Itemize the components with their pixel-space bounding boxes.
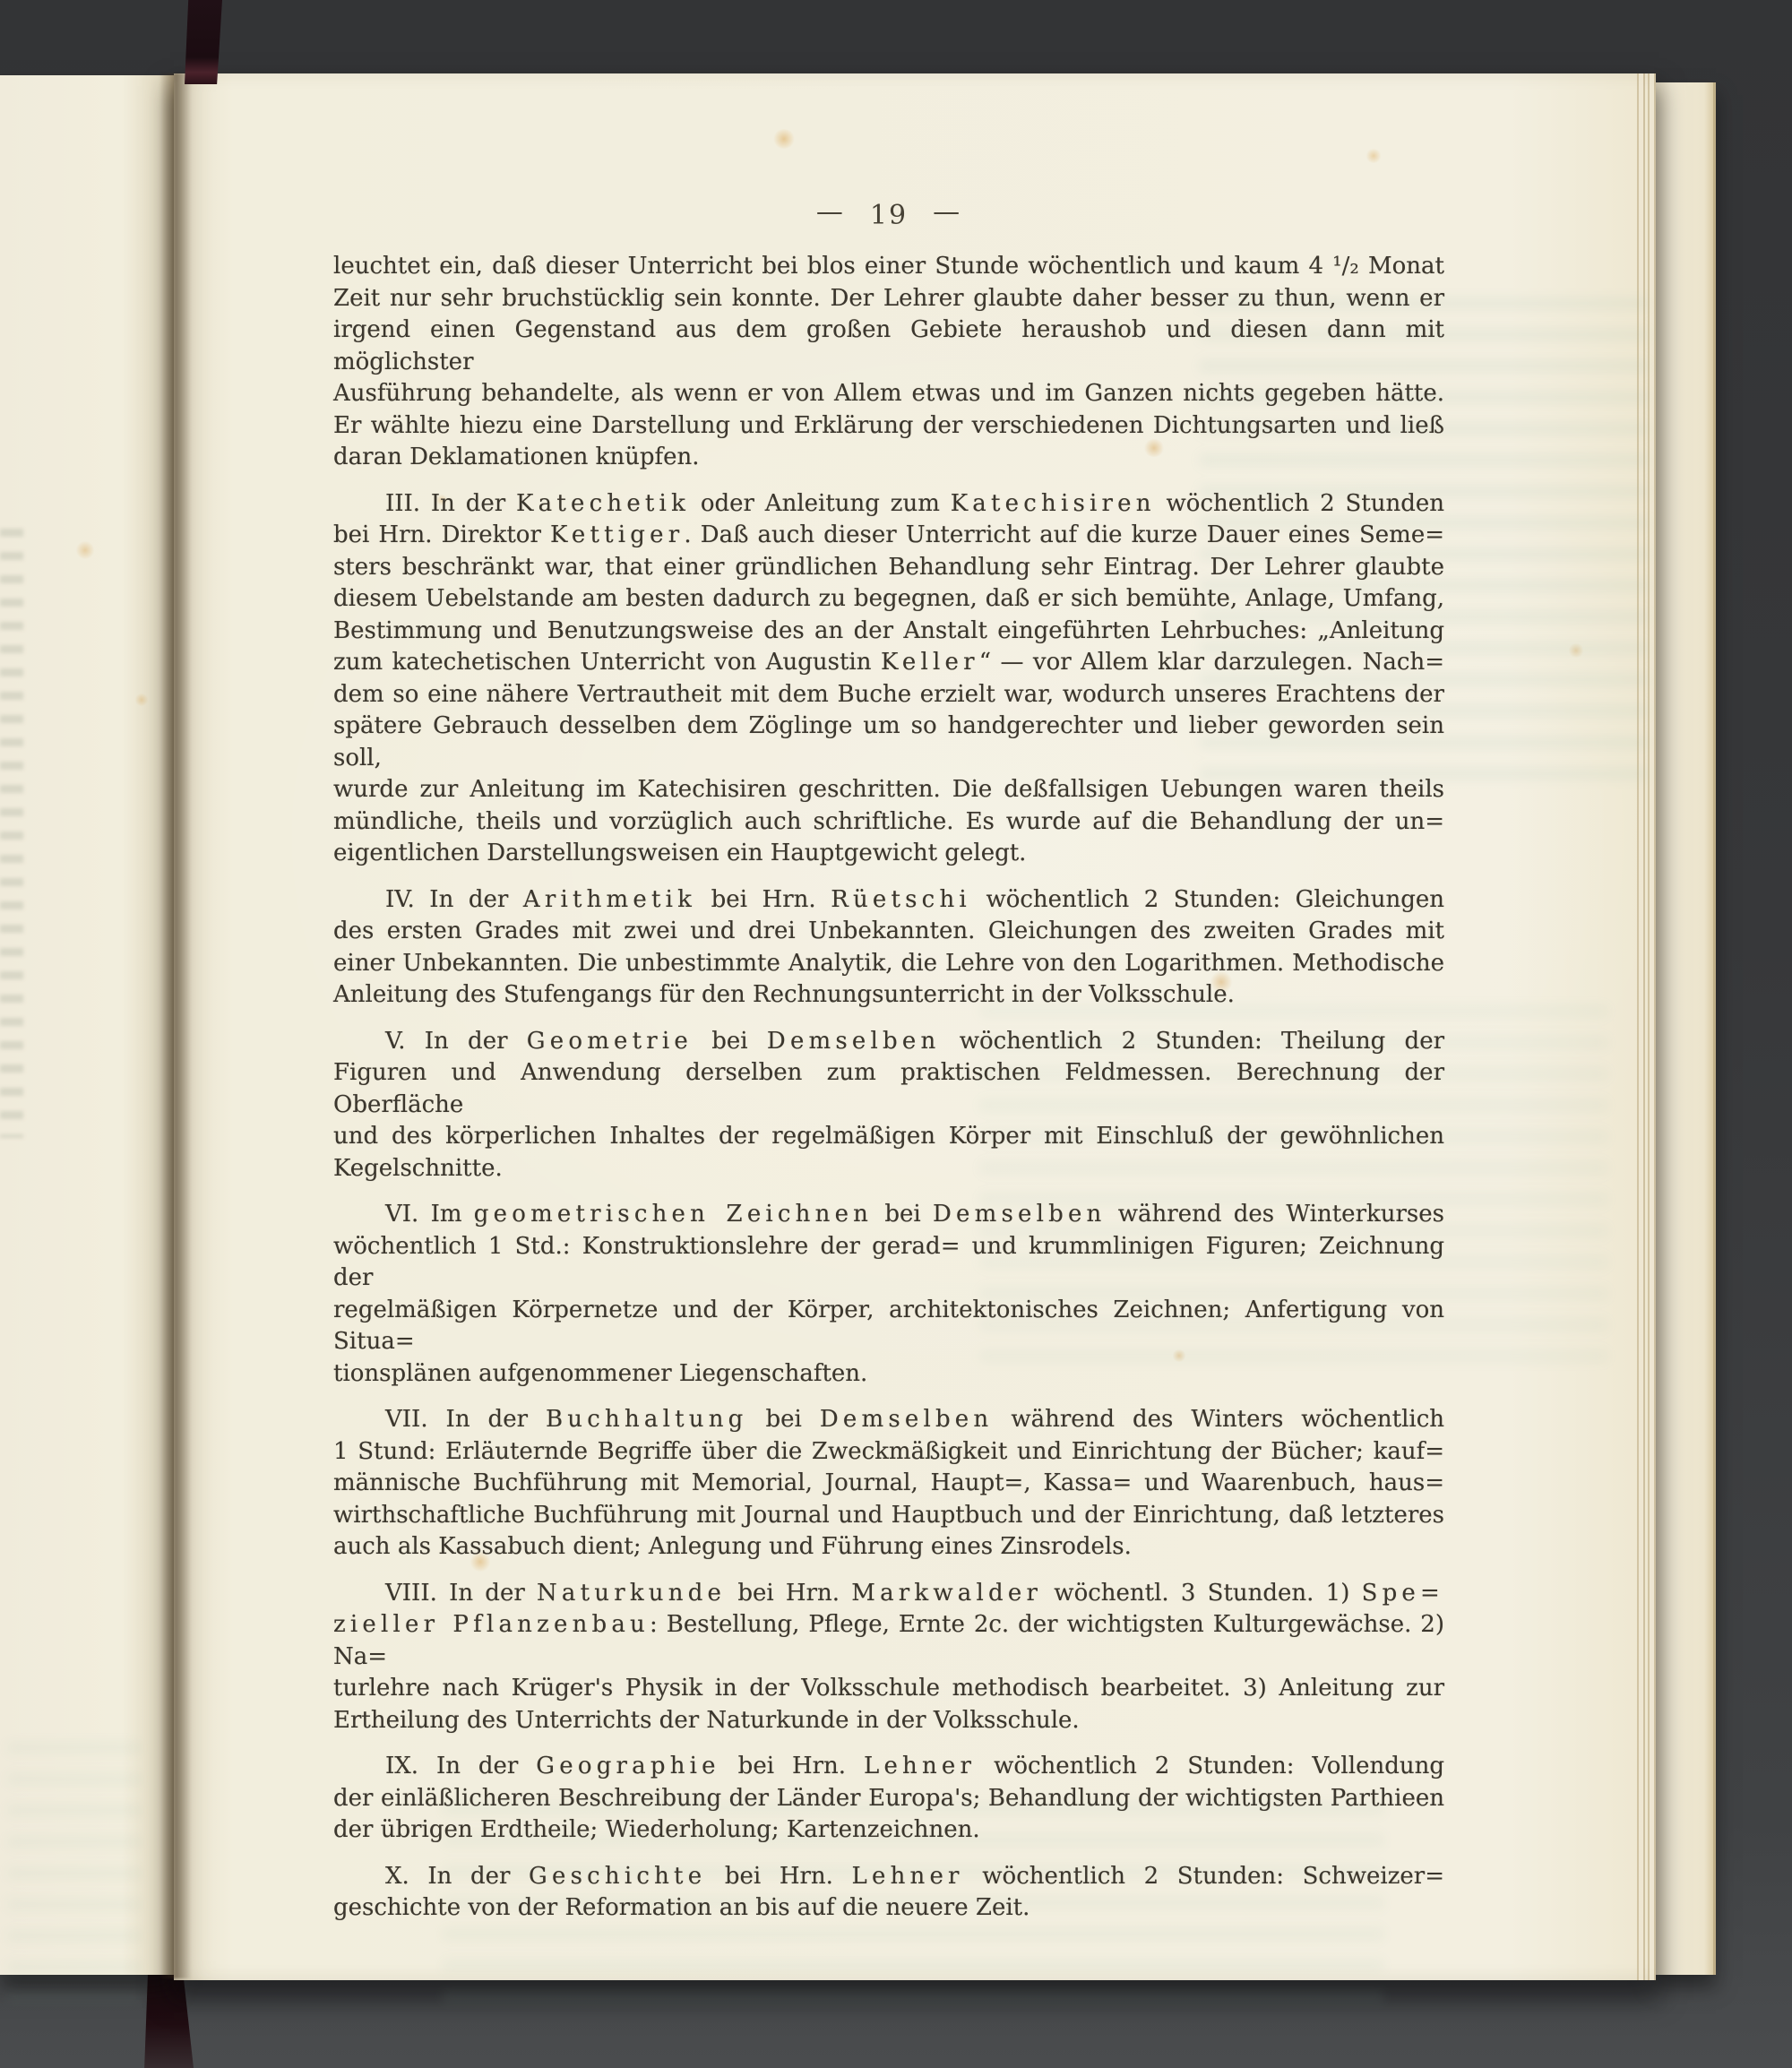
text-line: der einläßlicheren Beschreibung der Länd… <box>333 1783 1444 1815</box>
text-line: turlehre nach Krüger's Physik in der Vol… <box>333 1673 1444 1705</box>
text-line: Anleitung des Stufengangs für den Rechnu… <box>333 979 1444 1012</box>
text-line: männische Buchführung mit Memorial, Jour… <box>333 1468 1444 1500</box>
emphasized-text: Geometrie <box>527 1028 693 1055</box>
paragraph-gap <box>333 1390 1444 1404</box>
text-line: irgend einen Gegenstand aus dem großen G… <box>333 315 1444 378</box>
emphasized-text: Buchhaltung <box>546 1406 748 1433</box>
foxing-spot <box>1568 643 1584 658</box>
text-line: Zeit nur sehr bruchstücklig sein konnte.… <box>333 283 1444 315</box>
text-line: geschichte von der Reformation an bis au… <box>333 1892 1444 1925</box>
text-line: und des körperlichen Inhaltes der regelm… <box>333 1121 1444 1153</box>
text-line: Figuren und Anwendung derselben zum prak… <box>333 1057 1444 1121</box>
text-line: diesem Uebelstande am besten dadurch zu … <box>333 583 1444 616</box>
emphasized-text: Kettiger <box>550 521 684 548</box>
paragraph-gap <box>333 474 1444 488</box>
text-line: IV. In der Arithmetik bei Hrn. Rüetschi … <box>333 884 1444 917</box>
emphasized-text: Geschichte <box>529 1863 706 1890</box>
page-number: 19 <box>870 200 908 231</box>
text-line: sters beschränkt war, that einer gründli… <box>333 552 1444 584</box>
gutter-crease <box>159 73 192 1978</box>
text-line: zum katechetischen Unterricht von August… <box>333 647 1444 679</box>
text-line: III. In der Katechetik oder Anleitung zu… <box>333 488 1444 521</box>
text-line: wirthschaftliche Buchführung mit Journal… <box>333 1500 1444 1532</box>
page-text: leuchtet ein, daß dieser Unterricht bei … <box>333 251 1444 1939</box>
text-line: VII. In der Buchhaltung bei Demselben wä… <box>333 1404 1444 1436</box>
paragraph-gap <box>333 870 1444 884</box>
text-line: daran Deklamationen knüpfen. <box>333 442 1444 474</box>
text-line: leuchtet ein, daß dieser Unterricht bei … <box>333 251 1444 283</box>
emphasized-text: geometrischen Zeichnen <box>474 1201 873 1228</box>
left-page-edge <box>0 75 174 1975</box>
text-line: wurde zur Anleitung im Katechisiren gesc… <box>333 774 1444 806</box>
page-number-header: —19— <box>333 201 1444 231</box>
photographed-book-scene: —19— leuchtet ein, daß dieser Unterricht… <box>0 0 1792 2068</box>
emphasized-text: Demselben <box>933 1201 1107 1228</box>
emphasized-text: Keller <box>881 649 979 676</box>
emphasized-text: Geographie <box>536 1753 719 1779</box>
text-line: IX. In der Geographie bei Hrn. Lehner wö… <box>333 1751 1444 1783</box>
text-line: Bestimmung und Benutzungsweise des an de… <box>333 616 1444 648</box>
header-dash-right: — <box>933 196 961 228</box>
emphasized-text: Arithmetik <box>523 886 696 913</box>
emphasized-text: Demselben <box>820 1406 994 1433</box>
paragraph-gap <box>333 1185 1444 1199</box>
book-page: —19— leuchtet ein, daß dieser Unterricht… <box>174 73 1656 1980</box>
emphasized-text: Markwalder <box>851 1580 1042 1607</box>
foxing-spot <box>134 694 149 706</box>
text-line: einer Unbekannten. Die unbestimmte Analy… <box>333 948 1444 980</box>
text-line: auch als Kassabuch dient; Anlegung und F… <box>333 1531 1444 1564</box>
text-line: regelmäßigen Körpernetze und der Körper,… <box>333 1295 1444 1358</box>
header-dash-left: — <box>816 196 845 228</box>
paragraph-gap <box>333 1564 1444 1578</box>
text-line: zieller Pflanzenbau: Bestellung, Pflege,… <box>333 1609 1444 1673</box>
text-line: V. In der Geometrie bei Demselben wöchen… <box>333 1026 1444 1058</box>
emphasized-text: Demselben <box>767 1028 941 1055</box>
emphasized-text: Lehner <box>852 1863 964 1890</box>
text-line: Ertheilung des Unterrichts der Naturkund… <box>333 1705 1444 1737</box>
page-content: —19— leuchtet ein, daß dieser Unterricht… <box>333 73 1444 1939</box>
emphasized-text: zieller Pflanzenbau <box>333 1611 650 1638</box>
text-line: bei Hrn. Direktor Kettiger. Daß auch die… <box>333 520 1444 552</box>
text-line: VI. Im geometrischen Zeichnen bei Demsel… <box>333 1199 1444 1231</box>
page-stack-edges <box>1634 73 1656 1980</box>
text-line: X. In der Geschichte bei Hrn. Lehner wöc… <box>333 1861 1444 1893</box>
paragraph-gap <box>333 1012 1444 1026</box>
text-line: der übrigen Erdtheile; Wiederholung; Kar… <box>333 1814 1444 1847</box>
text-line: mündliche, theils und vorzüglich auch sc… <box>333 806 1444 839</box>
bookmark-ribbon-top <box>185 0 222 84</box>
text-line: wöchentlich 1 Std.: Konstruktionslehre d… <box>333 1231 1444 1295</box>
foxing-spot <box>75 541 95 559</box>
paragraph-gap <box>333 1925 1444 1939</box>
text-line: Er wählte hiezu eine Darstellung und Erk… <box>333 410 1444 443</box>
text-line: Kegelschnitte. <box>333 1153 1444 1185</box>
text-line: spätere Gebrauch desselben dem Zöglinge … <box>333 711 1444 774</box>
emphasized-text: Katechisiren <box>951 490 1156 517</box>
emphasized-text: Naturkunde <box>537 1580 726 1607</box>
paragraph-gap <box>333 1847 1444 1861</box>
show-through-ghost <box>7 1742 142 2002</box>
paragraph-gap <box>333 1736 1444 1751</box>
emphasized-text: Spe= <box>1362 1580 1444 1607</box>
emphasized-text: Lehner <box>864 1753 976 1779</box>
text-line: tionsplänen aufgenommener Liegenschaften… <box>333 1358 1444 1391</box>
text-line: 1 Stund: Erläuternde Begriffe über die Z… <box>333 1436 1444 1469</box>
text-line: Ausführung behandelte, als wenn er von A… <box>333 378 1444 410</box>
text-line: dem so eine nähere Vertrautheit mit dem … <box>333 679 1444 711</box>
text-line: VIII. In der Naturkunde bei Hrn. Markwal… <box>333 1578 1444 1610</box>
text-line: eigentlichen Darstellungsweisen ein Haup… <box>333 838 1444 870</box>
next-page-edge <box>1654 82 1716 1975</box>
text-line: des ersten Grades mit zwei und drei Unbe… <box>333 916 1444 948</box>
emphasized-text: Katechetik <box>516 490 690 517</box>
emphasized-text: Rüetschi <box>831 886 971 913</box>
